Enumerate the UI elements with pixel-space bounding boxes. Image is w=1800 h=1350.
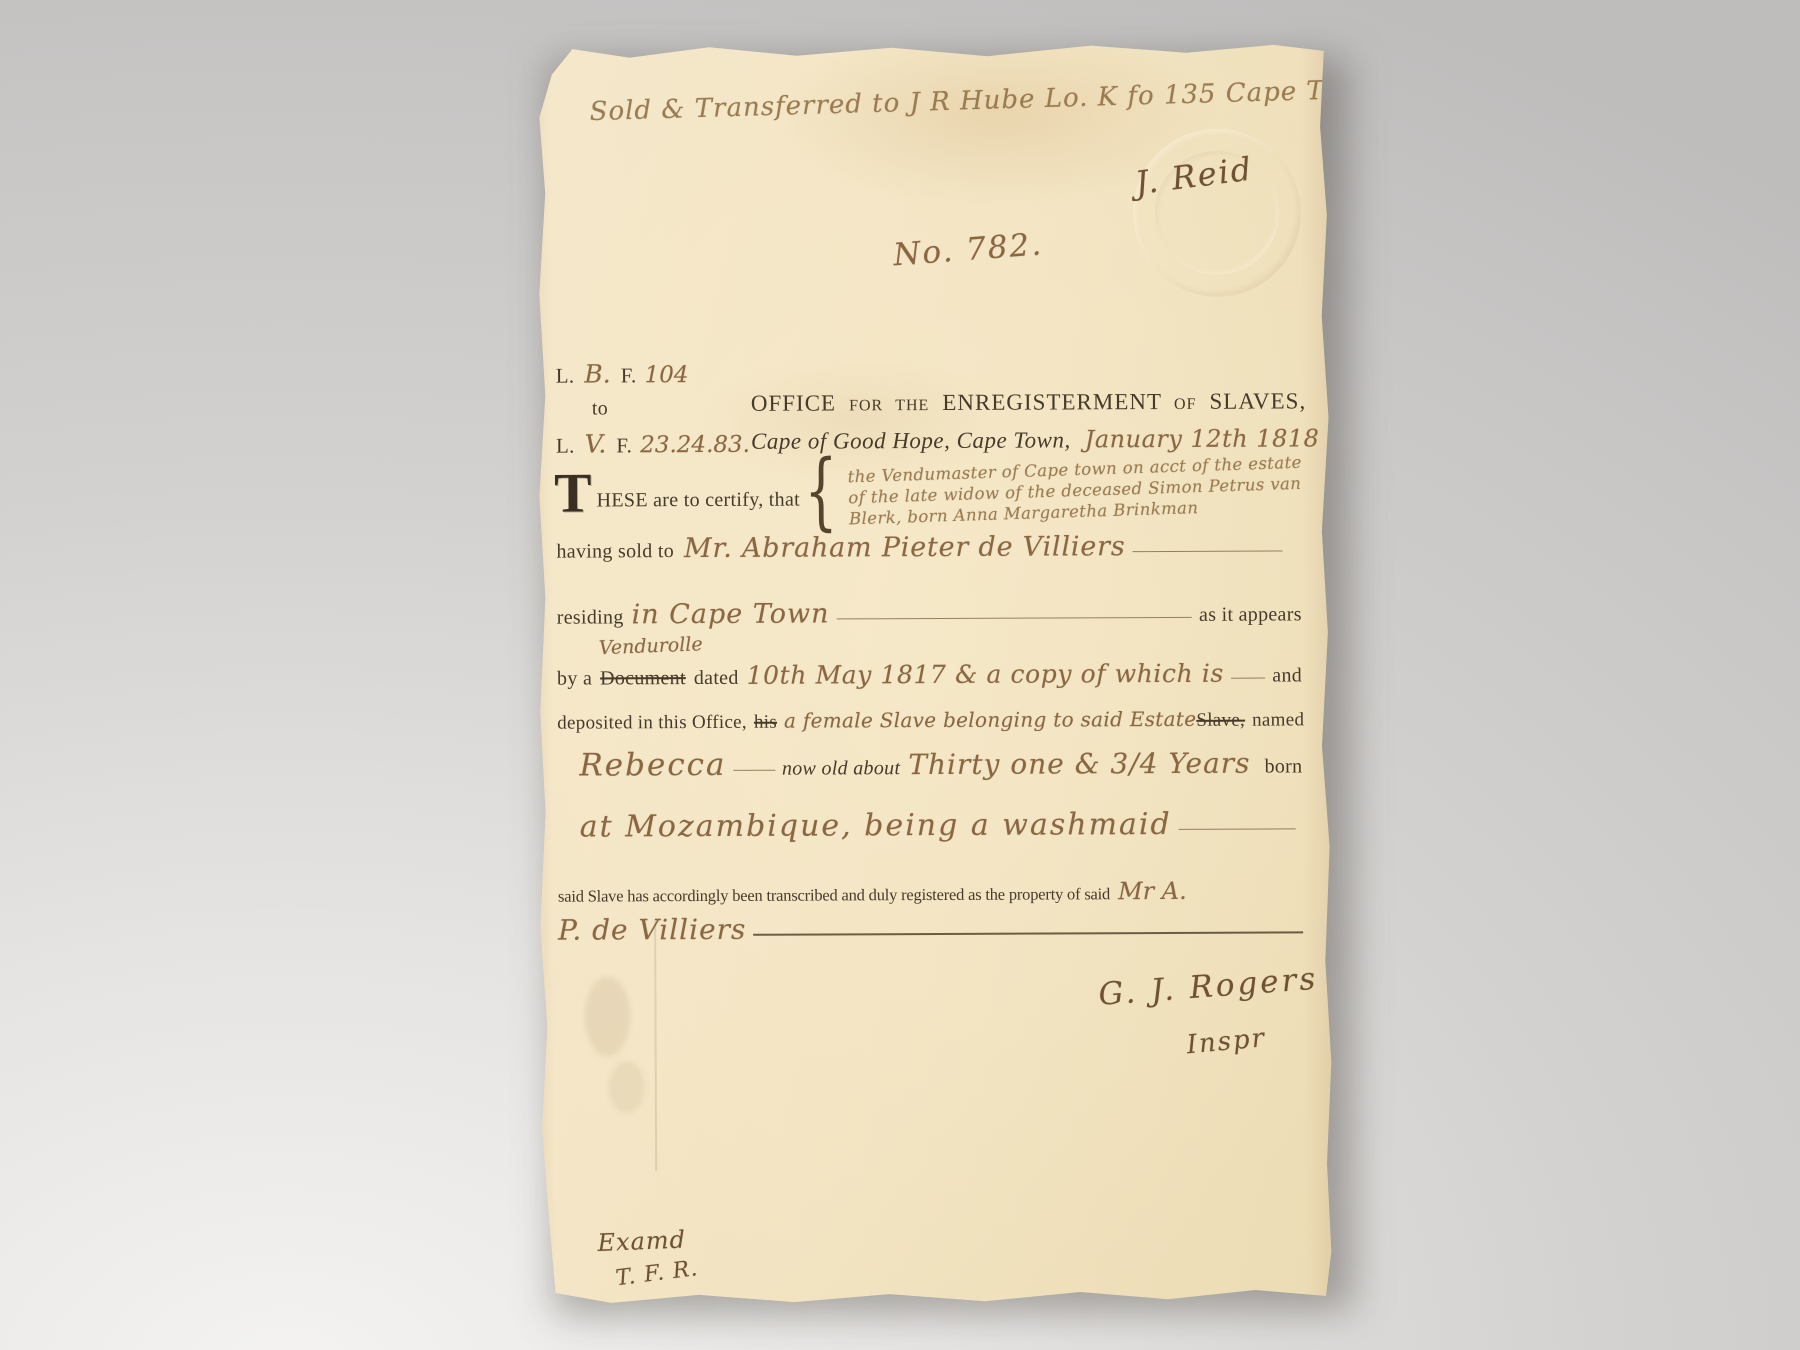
line-residing: residing in Cape Town as it appears [557, 596, 1302, 630]
deposited-printed: deposited in this Office, [557, 712, 747, 735]
residence-handwritten: in Cape Town [632, 598, 830, 630]
certify-line: T HESE are to certify, that { the Vendum… [554, 450, 1304, 516]
office-header: OFFICE FOR THE ENREGISTERMENT OF SLAVES, [751, 388, 1306, 416]
owner-abbrev-handwritten: Mr A. [1118, 877, 1187, 905]
ledger-ref-1: L. B. F. 104 [556, 359, 689, 389]
buyer-name-handwritten: Mr. Abraham Pieter de Villiers [684, 531, 1126, 564]
fill-rule [734, 769, 775, 770]
document-struck-word: Document [600, 667, 686, 690]
document-printed-a: by a [557, 667, 592, 690]
office-word: THE [895, 397, 929, 414]
ink-smudge [609, 1061, 645, 1113]
fill-rule [836, 617, 1192, 620]
deposited-struck-slave: Slave, [1196, 710, 1245, 732]
ledger-ref-1-prefix: L. [556, 364, 575, 388]
line-sold-to: having sold to Mr. Abraham Pieter de Vil… [556, 530, 1301, 564]
slave-name-handwritten: Rebecca [579, 747, 726, 784]
deposited-right-printed: named [1252, 709, 1304, 731]
fill-rule [1132, 550, 1282, 552]
office-word: OFFICE [751, 390, 836, 415]
certify-insertion: the Vendumaster of Cape town on acct of … [848, 452, 1304, 530]
document-right-printed: and [1272, 664, 1302, 687]
deposited-struck-his: his [754, 712, 777, 734]
line-registered: said Slave has accordingly been transcri… [558, 876, 1303, 907]
line-owner: P. de Villiers [558, 910, 1303, 946]
owner-name-handwritten: P. de Villiers [558, 913, 746, 947]
office-word: OF [1174, 396, 1197, 413]
age-handwritten: Thirty one & 3/4 Years [908, 747, 1250, 781]
ledger-ref-1-folio: 104 [645, 362, 689, 388]
fill-rule [1231, 678, 1265, 679]
certify-brace: { [804, 454, 837, 530]
residing-printed: residing [557, 606, 624, 629]
photo-backdrop: Sold & Transferred to J R Hube Lo. K fo … [0, 0, 1800, 1350]
deed-date-handwritten: 10th May 1817 & a copy of which is [747, 659, 1224, 690]
line-origin: at Mozambique, being a washmaid [558, 806, 1303, 844]
age-printed: now old about [782, 757, 900, 781]
inspector-signature: G. J. Rogers [1097, 961, 1319, 1013]
registered-printed: said Slave has accordingly been transcri… [558, 884, 1110, 906]
age-right-printed: born [1264, 755, 1302, 778]
place-printed: Cape of Good Hope, Cape Town, [751, 427, 1071, 453]
exam-mark-line-1: Examd [597, 1226, 687, 1257]
date-handwritten: January 12th 1818 [1085, 424, 1320, 453]
paper-crease [654, 921, 657, 1171]
line-deposited: deposited in this Office, his a female S… [557, 706, 1302, 734]
document-printed-b: dated [694, 667, 739, 690]
certify-dropcap: T [554, 472, 592, 517]
residing-right-printed: as it appears [1199, 603, 1302, 626]
line-document: by a Document dated 10th May 1817 & a co… [557, 658, 1302, 690]
fill-rule [1179, 828, 1296, 830]
ledger-connector: to [592, 397, 608, 420]
ledger-ref-1-letter: B. [584, 359, 610, 388]
transfer-annotation: Sold & Transferred to J R Hube Lo. K fo … [589, 74, 1381, 127]
ink-smudge [584, 976, 630, 1056]
slave-description-handwritten: a female Slave belonging to said Estate [784, 707, 1196, 733]
inspector-title: Inspr [1185, 1023, 1267, 1060]
office-word: ENREGISTERMENT [942, 389, 1162, 415]
line-name-age: Rebecca now old about Thirty one & 3/4 Y… [557, 744, 1302, 783]
exam-mark-line-2: T. F. R. [614, 1256, 699, 1291]
office-word: SLAVES, [1209, 388, 1306, 413]
ledger-ref-1-folio-prefix: F. [621, 363, 637, 387]
office-word: FOR [849, 397, 883, 414]
document-number: No. 782. [892, 226, 1044, 273]
certify-printed: HESE are to certify, that [597, 489, 800, 513]
document-paper: Sold & Transferred to J R Hube Lo. K fo … [534, 38, 1335, 1305]
vendurolle-interlineation: Vendurolle [598, 633, 703, 659]
closing-rule [753, 931, 1303, 935]
origin-handwritten: at Mozambique, being a washmaid [580, 807, 1172, 845]
sold-printed: having sold to [556, 540, 674, 564]
